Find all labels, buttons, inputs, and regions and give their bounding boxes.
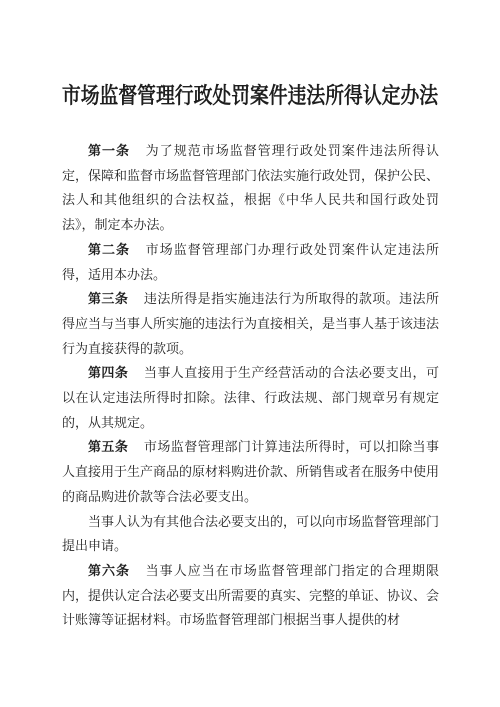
- article-paragraph: 第三条违法所得是指实施违法行为所取得的款项。违法所得应当与当事人所实施的违法行为…: [62, 287, 439, 361]
- title-row: 市场监督管理行政处罚案件违法所得认定办法: [0, 0, 500, 111]
- article-label: 第二条: [88, 242, 130, 257]
- article-label: 第六条: [88, 563, 130, 578]
- article-paragraph: 第一条为了规范市场监督管理行政处罚案件违法所得认定，保障和监督市场监督管理部门依…: [62, 139, 439, 238]
- article-label: 第三条: [88, 291, 128, 306]
- document-body: 第一条为了规范市场监督管理行政处罚案件违法所得认定，保障和监督市场监督管理部门依…: [62, 139, 439, 633]
- document-page: 市场监督管理行政处罚案件违法所得认定办法 第一条为了规范市场监督管理行政处罚案件…: [0, 0, 500, 707]
- article-text: 当事人认为有其他合法必要支出的，可以向市场监督管理部门提出申请。: [62, 514, 439, 554]
- article-label: 第五条: [88, 439, 128, 454]
- article-paragraph: 第六条当事人应当在市场监督管理部门指定的合理期限内，提供认定合法必要支出所需要的…: [62, 559, 439, 633]
- document-title: 市场监督管理行政处罚案件违法所得认定办法: [62, 80, 438, 111]
- article-paragraph: 第五条市场监督管理部门计算违法所得时，可以扣除当事人直接用于生产商品的原材料购进…: [62, 435, 439, 509]
- article-label: 第一条: [88, 143, 130, 158]
- article-paragraph: 当事人认为有其他合法必要支出的，可以向市场监督管理部门提出申请。: [62, 510, 439, 559]
- article-paragraph: 第四条当事人直接用于生产经营活动的合法必要支出，可以在认定违法所得时扣除。法律、…: [62, 361, 439, 435]
- article-label: 第四条: [88, 365, 128, 380]
- article-paragraph: 第二条市场监督管理部门办理行政处罚案件认定违法所得，适用本办法。: [62, 238, 439, 287]
